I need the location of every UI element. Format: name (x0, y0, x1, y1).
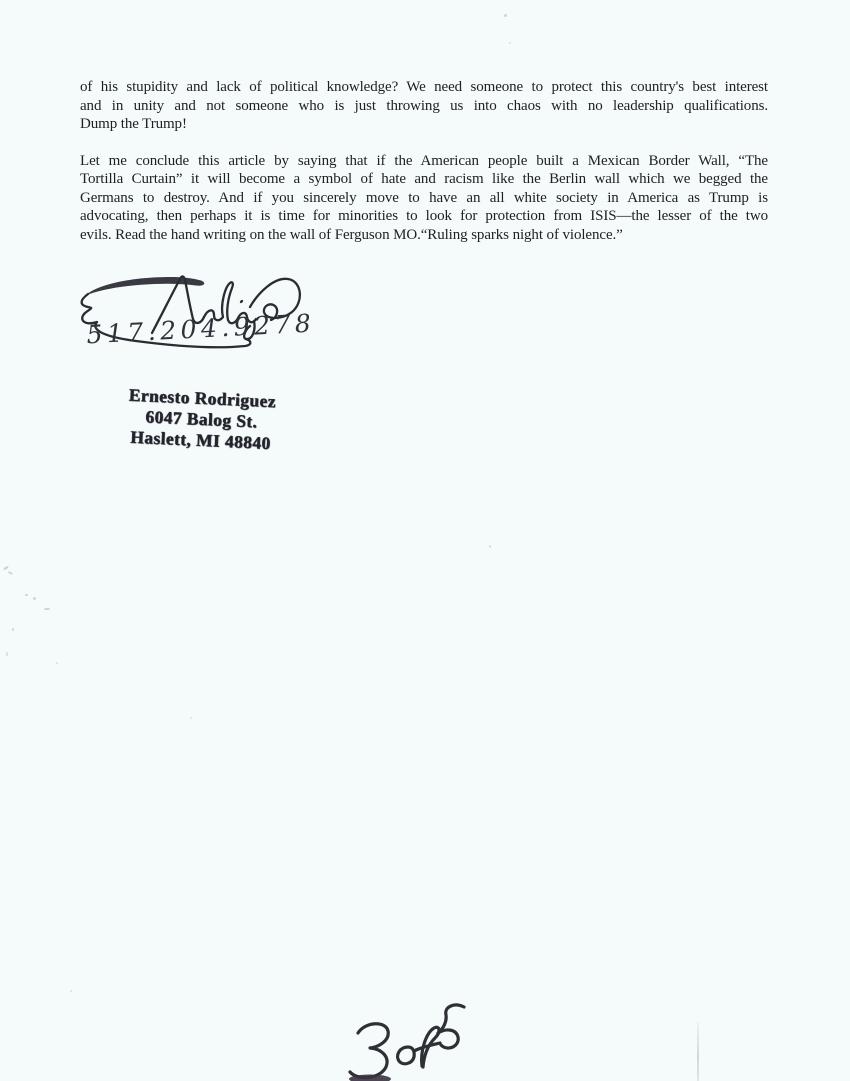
paragraph-line: evils. Read the hand writing on the wall… (80, 226, 768, 245)
scan-speck (8, 571, 13, 575)
paragraph-line: Germans to destroy. And if you sincerely… (80, 189, 768, 208)
scan-speck (44, 608, 50, 610)
scan-speck (56, 662, 58, 664)
scan-speck (190, 717, 192, 719)
signature-phone-number: 517.204.9278 (84, 312, 309, 356)
signature-stroke (241, 301, 242, 302)
scan-speck (3, 565, 9, 570)
page-number-handwriting: 3 of 5 (330, 995, 480, 1081)
pagenum-stroke-5 (438, 1005, 464, 1048)
paragraph-line: and in unity and not someone who is just… (80, 97, 768, 116)
scan-speck (504, 14, 507, 17)
paragraph-line: of his stupidity and lack of political k… (80, 78, 768, 97)
letter-body: of his stupidity and lack of political k… (80, 78, 768, 262)
scan-speck (12, 628, 14, 631)
pagenum-stroke-o (398, 1047, 415, 1064)
paragraph-line: advocating, then perhaps it is time for … (80, 207, 768, 226)
scan-speck (33, 597, 36, 600)
scan-speck (489, 545, 491, 548)
scan-speck (70, 990, 72, 992)
letter-paragraph-2: Let me conclude this article by saying t… (80, 152, 768, 245)
letter-paragraph-1: of his stupidity and lack of political k… (80, 78, 768, 134)
scanned-letter-page: of his stupidity and lack of political k… (0, 0, 850, 1081)
paragraph-line: Tortilla Curtain” it will become a symbo… (80, 170, 768, 189)
scan-speck (25, 594, 28, 596)
address-stamp: Ernesto Rodriguez 6047 Balog St. Haslett… (114, 384, 289, 455)
scan-speck (6, 652, 8, 656)
scan-line-artifact (697, 1022, 699, 1081)
phone-number-text: 517.204.9278 (86, 312, 309, 349)
pagenum-stroke-3 (350, 1024, 388, 1078)
paragraph-line: Dump the Trump! (80, 115, 768, 134)
paragraph-line: Let me conclude this article by saying t… (80, 152, 768, 171)
scan-speck (509, 42, 511, 44)
